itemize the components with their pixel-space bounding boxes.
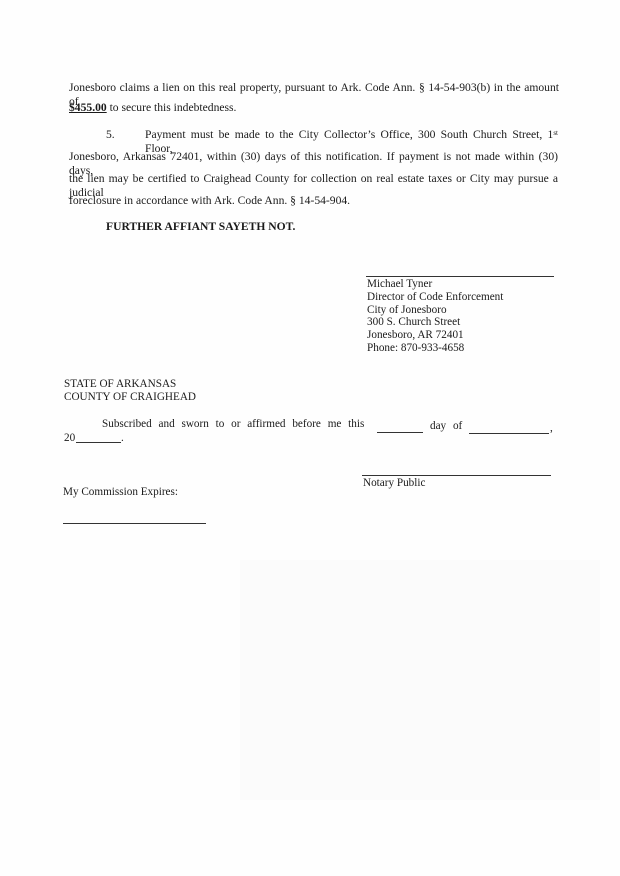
year-blank[interactable] [76,432,121,443]
jurat-comma: , [550,421,553,435]
signatory-city: Jonesboro, AR 72401 [367,329,503,342]
year-suffix: . [121,431,124,445]
closing-statement: FURTHER AFFIANT SAYETH NOT. [106,220,295,234]
document-page: Jonesboro claims a lien on this real pro… [0,0,620,876]
ordinal-suffix: st [553,129,558,137]
paragraph5-line4: foreclosure in accordance with Ark. Code… [69,194,350,208]
month-blank[interactable] [469,423,549,434]
paragraph-number: 5. [106,128,115,142]
paragraph5-line1-text: Payment must be made to the City Collect… [145,128,553,141]
signatory-title: Director of Code Enforcement [367,291,503,304]
scan-artifact [240,560,600,800]
year-prefix: 20 [64,431,75,445]
day-blank[interactable] [377,422,423,433]
jurat-day-of: day of [430,419,462,433]
notary-public-label: Notary Public [363,476,425,490]
signature-line [366,276,554,277]
commission-expires-line[interactable] [63,523,206,524]
signatory-name: Michael Tyner [367,278,503,291]
jurat-text: Subscribed and sworn to or affirmed befo… [102,417,364,431]
lien-amount: $455.00 [69,101,107,114]
venue-state: STATE OF ARKANSAS [64,378,176,391]
venue-county: COUNTY OF CRAIGHEAD [64,391,196,404]
jurat-sworn-text: Subscribed and sworn to or affirmed befo… [102,418,364,430]
indebtedness-text: to secure this indebtedness. [107,101,237,114]
commission-expires-label: My Commission Expires: [63,485,178,499]
signatory-block: Michael Tyner Director of Code Enforceme… [367,278,503,355]
signatory-phone: Phone: 870-933-4658 [367,342,503,355]
signatory-organization: City of Jonesboro [367,304,503,317]
signatory-street: 300 S. Church Street [367,316,503,329]
amount-line: $455.00 to secure this indebtedness. [69,101,236,115]
